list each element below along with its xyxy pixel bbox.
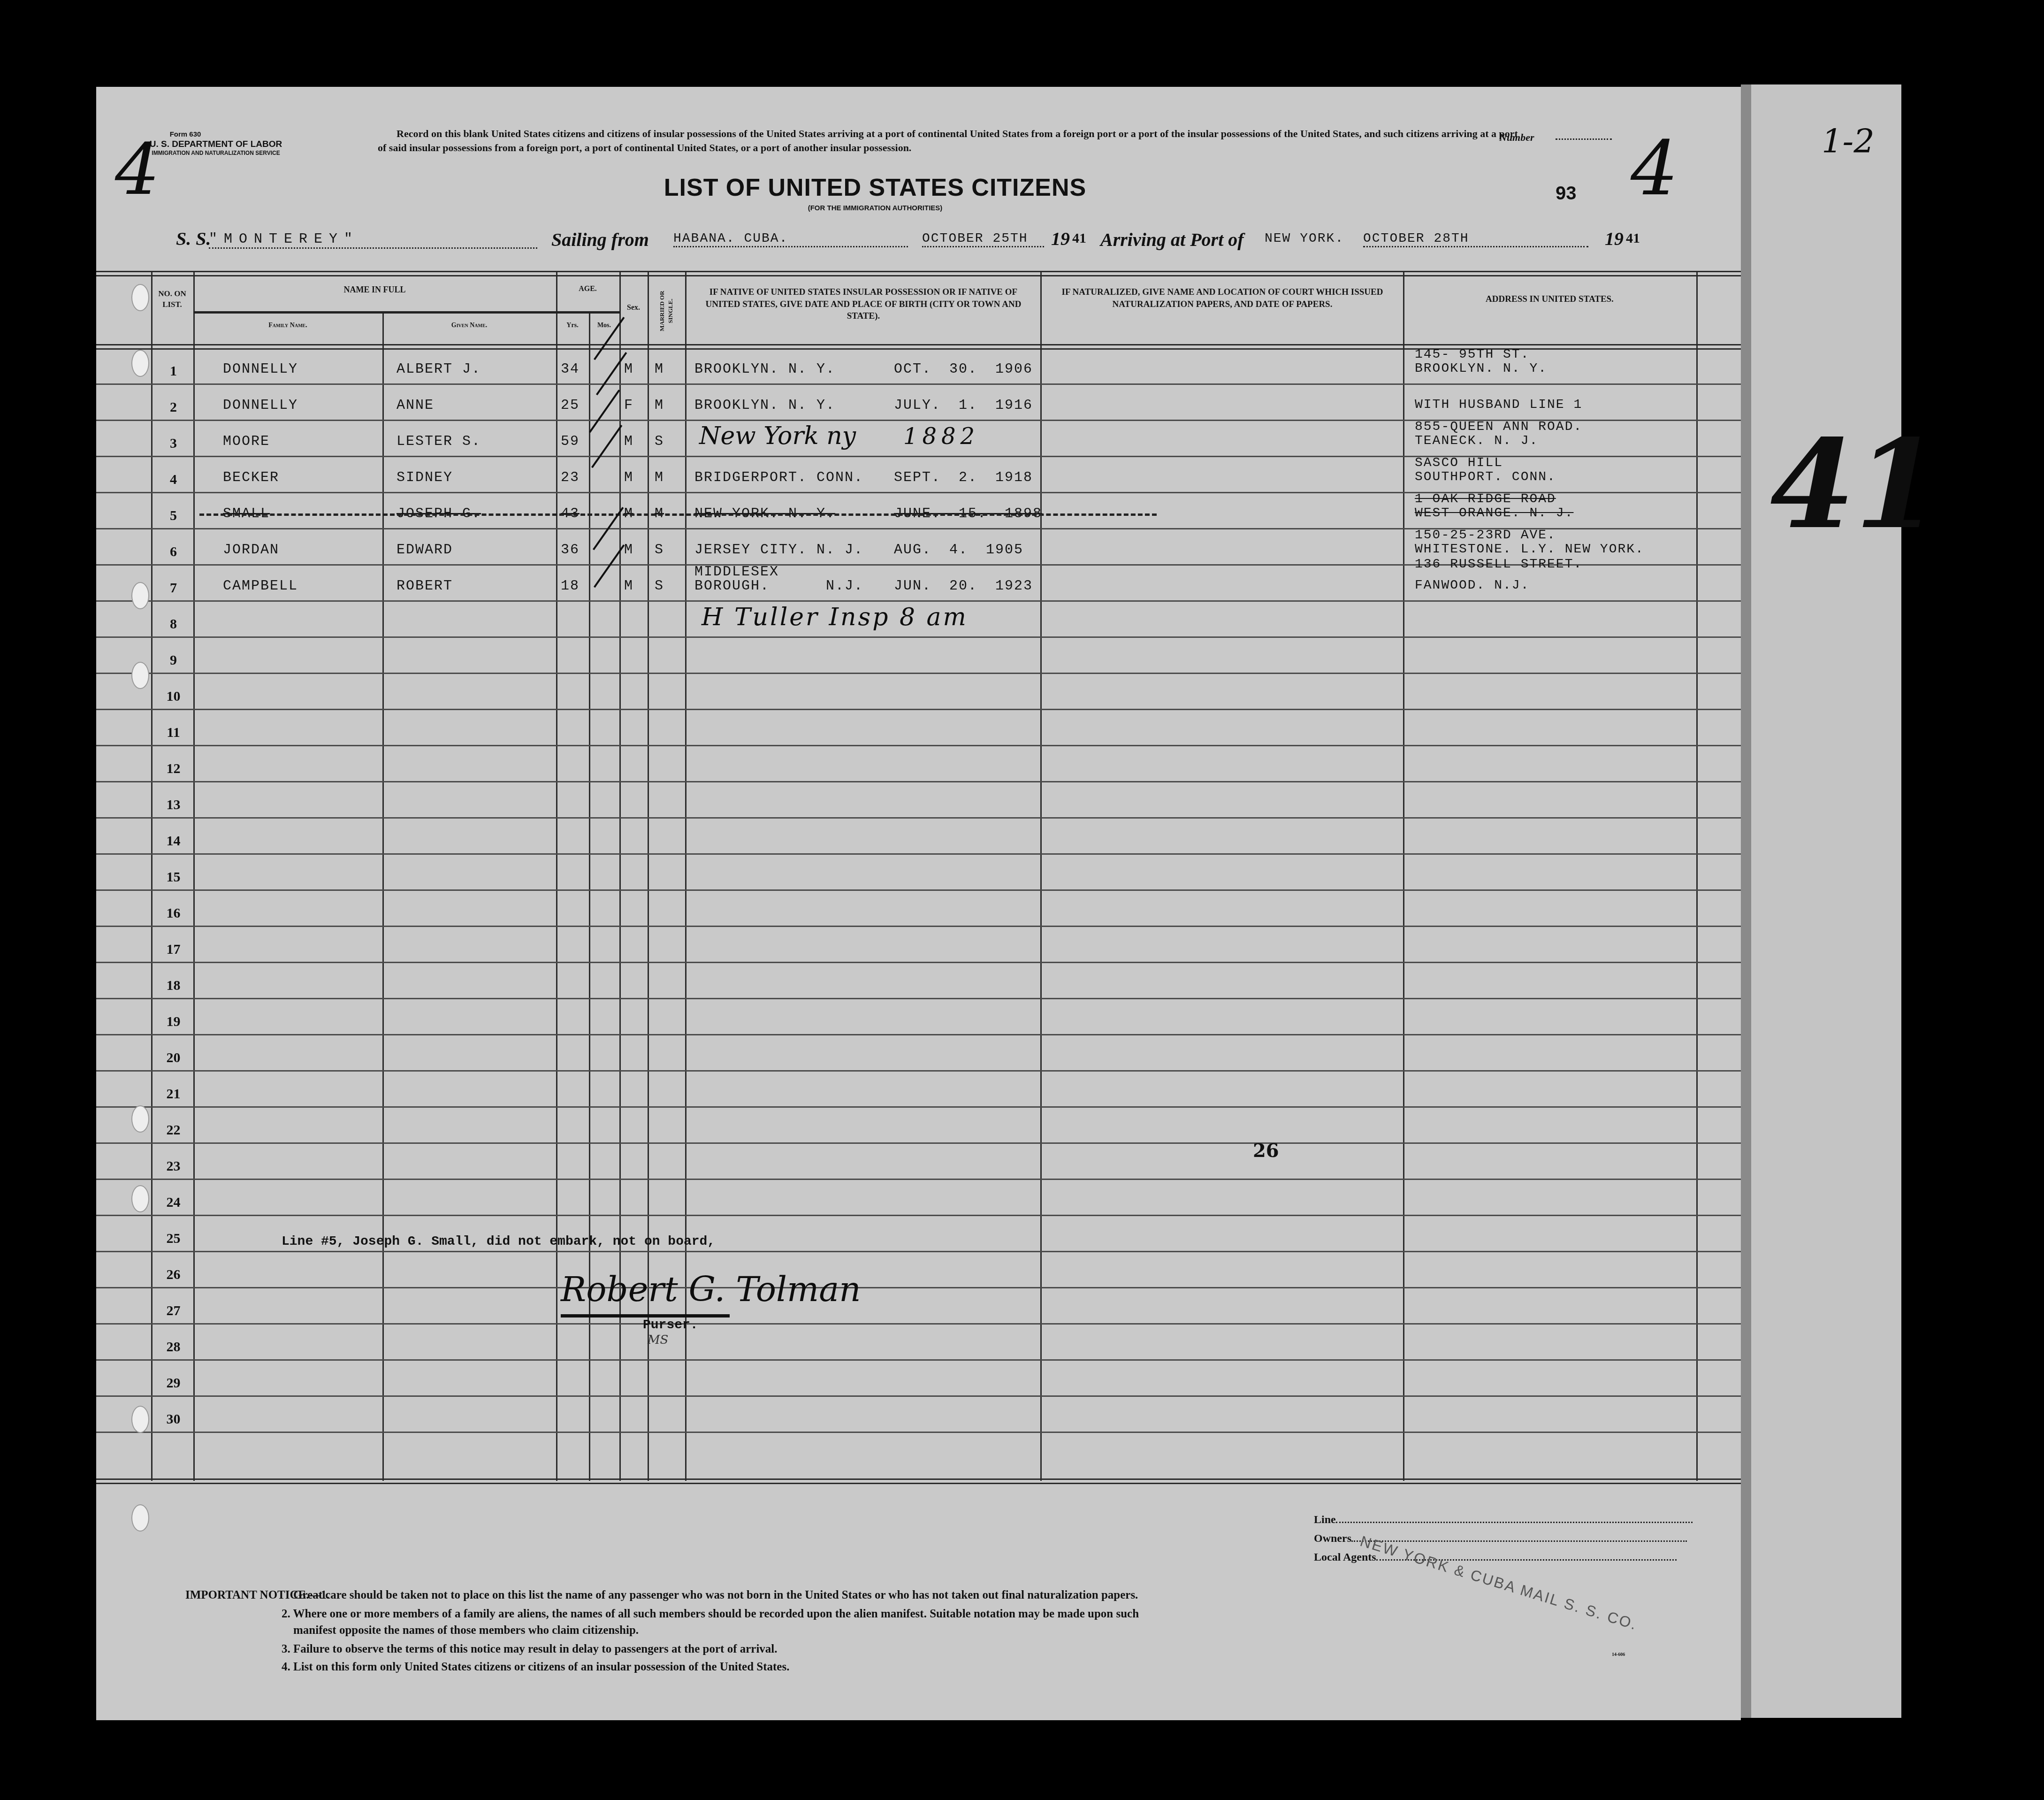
table-top-rule (96, 271, 1741, 276)
row-number: 11 (149, 725, 198, 741)
instructions: Record on this blank United States citiz… (378, 127, 1527, 154)
row-number: 10 (149, 689, 198, 705)
row-number: 27 (149, 1303, 198, 1319)
number-label: Number (1499, 131, 1534, 144)
passenger-row: MOORE LESTER S. 59 M S New York ny 1882 … (96, 420, 1741, 456)
birth-place: BROOKLYN. N. Y. (694, 398, 835, 414)
col-header-birth: IF NATIVE OF UNITED STATES INSULAR POSSE… (694, 286, 1032, 322)
purser-signature: Robert G. Tolman (561, 1270, 861, 1309)
address-line-1: 150-25-23RD AVE. (1415, 528, 1556, 543)
punch-hole (131, 662, 149, 689)
given-name: LESTER S. (397, 434, 481, 450)
marital: M (655, 398, 664, 414)
signature-underline (561, 1314, 730, 1317)
passenger-row: DONNELLY ALBERT J. 34 M M BROOKLYN. N. Y… (96, 347, 1741, 383)
given-name: ALBERT J. (397, 361, 481, 377)
sex: M (624, 542, 633, 558)
row-rule (96, 998, 1741, 999)
row-rule (96, 889, 1741, 891)
arrival-port: NEW YORK. (1265, 231, 1344, 246)
sex: F (624, 398, 633, 414)
row-rule (96, 636, 1741, 638)
marital: S (655, 542, 664, 558)
row-number: 9 (149, 652, 198, 668)
punch-hole (131, 284, 149, 311)
page-title: LIST OF UNITED STATES CITIZENS (641, 174, 1110, 202)
print-code: 14-606 (1612, 1652, 1625, 1657)
col-header-yrs: Yrs. (556, 322, 589, 330)
table-bottom-rule (96, 1478, 1741, 1484)
next-page-mark: 1-2 (1822, 122, 1875, 161)
given-name: EDWARD (397, 542, 453, 558)
marital: S (655, 578, 664, 594)
row-rule (96, 1432, 1741, 1433)
notice-1: Great care should be taken not to place … (293, 1589, 1701, 1602)
passenger-row-struck: SMALL JOSEPH G. 43 M M NEW YORK. N. Y. J… (96, 492, 1741, 528)
row-rule (96, 1070, 1741, 1072)
birth-date: JULY. 1. 1916 (894, 398, 1033, 414)
sex: M (624, 434, 633, 450)
row-rule (96, 1323, 1741, 1325)
stamp-number: 26 (1253, 1140, 1279, 1162)
row-rule (96, 1359, 1741, 1361)
address-line-1: SASCO HILL (1415, 456, 1503, 470)
birth-place: BOROUGH. N.J. (694, 578, 863, 594)
row-rule (96, 1179, 1741, 1180)
ss-label: S. S. (176, 228, 211, 250)
address-line-2: WHITESTONE. L.Y. NEW YORK. (1415, 542, 1644, 557)
address-line-1: 1 OAK RIDGE ROAD (1415, 492, 1556, 506)
notice-2-continued: manifest opposite the names of those mem… (293, 1624, 639, 1637)
line-label: Line (1314, 1514, 1336, 1526)
row-number: 18 (149, 978, 198, 994)
age: 18 (561, 578, 580, 594)
birth-date: OCT. 30. 1906 (894, 361, 1033, 377)
form-id-block: Form 630 (153, 130, 218, 139)
family-name: DONNELLY (223, 398, 298, 414)
birth-place: BRIDGERPORT. CONN. (694, 470, 863, 486)
name-age-subrule (193, 311, 620, 314)
row-rule (96, 1215, 1741, 1216)
col-header-age: AGE. (556, 284, 619, 294)
departure-date: OCTOBER 25TH (922, 231, 1044, 247)
col-header-name-in-full: NAME IN FULL (193, 284, 556, 295)
birth-place-line-1: MIDDLESEX (694, 564, 779, 580)
row-rule (96, 817, 1741, 819)
row-number: 24 (149, 1195, 198, 1210)
arrival-date: OCTOBER 28TH (1363, 231, 1588, 247)
address-line-1: 145- 95TH ST. (1415, 347, 1529, 362)
passenger-row: CAMPBELL ROBERT 18 M S MIDDLESEX BOROUGH… (96, 564, 1741, 600)
age: 36 (561, 542, 580, 558)
row-number: 25 (149, 1231, 198, 1247)
page-subtitle: (FOR THE IMMIGRATION AUTHORITIES) (641, 204, 1110, 212)
marital: M (655, 361, 664, 377)
marital: S (655, 434, 664, 450)
row-number: 22 (149, 1122, 198, 1138)
inspector-note: H Tuller Insp 8 am (702, 603, 968, 631)
birth-place: JERSEY CITY. N. J. (694, 542, 863, 558)
row-rule (96, 962, 1741, 963)
family-name: JORDAN (223, 542, 279, 558)
row-number: 13 (149, 797, 198, 813)
departure-year: 41 (1072, 230, 1086, 246)
age: 25 (561, 398, 580, 414)
birth-date: SEPT. 2. 1918 (894, 470, 1033, 486)
family-name: MOORE (223, 434, 270, 450)
department: U. S. DEPARTMENT OF LABOR (148, 139, 284, 150)
family-name: CAMPBELL (223, 578, 298, 594)
arrival-year: 41 (1626, 230, 1640, 246)
agency-block: U. S. DEPARTMENT OF LABOR IMMIGRATION AN… (148, 139, 284, 156)
sex: M (624, 361, 633, 377)
row-rule (96, 853, 1741, 855)
row-number: 28 (149, 1339, 198, 1355)
notice-3: 3. Failure to observe the terms of this … (282, 1643, 778, 1656)
address-line-2: BROOKLYN. N. Y. (1415, 361, 1547, 376)
row-rule (96, 745, 1741, 746)
punch-hole (131, 1406, 149, 1433)
owners-label: Owners (1314, 1532, 1351, 1545)
punch-hole (131, 1185, 149, 1212)
passenger-row: DONNELLY ANNE 25 F M BROOKLYN. N. Y. JUL… (96, 383, 1741, 420)
row-number: 15 (149, 869, 198, 885)
row-number: 19 (149, 1014, 198, 1030)
row-number: 30 (149, 1411, 198, 1427)
row-rule (96, 926, 1741, 927)
number-value: 4 (1631, 124, 1678, 212)
family-name: BECKER (223, 470, 279, 486)
sex: M (624, 578, 633, 594)
number-underline (1556, 138, 1612, 140)
row-rule (96, 1251, 1741, 1252)
local-agents-label: Local Agents (1314, 1551, 1376, 1563)
address-line-1: 855-QUEEN ANN ROAD. (1415, 420, 1582, 434)
row-number: 21 (149, 1086, 198, 1102)
departure-year-prefix: 19 (1051, 228, 1070, 250)
embark-note: Line #5, Joseph G. Small, did not embark… (282, 1234, 715, 1249)
birth-year-handwritten: 1882 (903, 423, 979, 450)
address-line-2: WEST ORANGE. N. J. (1415, 506, 1573, 521)
address-line-2: TEANECK. N. J. (1415, 434, 1538, 448)
row-rule (96, 673, 1741, 674)
form-number: Form 630 (153, 130, 218, 139)
birth-date: JUN. 20. 1923 (894, 578, 1033, 594)
row-number: 23 (149, 1158, 198, 1174)
manifest-page: 4 Form 630 U. S. DEPARTMENT OF LABOR IMM… (96, 87, 1741, 1720)
marital: M (655, 470, 664, 486)
punch-hole (131, 1105, 149, 1133)
row-number: 16 (149, 905, 198, 921)
row-number: 12 (149, 761, 198, 777)
strike-through-line (199, 513, 1157, 516)
notice-4: 4. List on this form only United States … (282, 1661, 789, 1674)
address-line-2: WITH HUSBAND LINE 1 (1415, 398, 1582, 412)
row-rule (96, 1106, 1741, 1108)
row-number: 8 (149, 616, 198, 632)
signature-initials: MS (648, 1333, 668, 1347)
birth-date: AUG. 4. 1905 (894, 542, 1023, 558)
row-number: 29 (149, 1375, 198, 1391)
col-header-family: Family Name. (193, 322, 382, 330)
address-line-2: FANWOOD. N.J. (1415, 578, 1529, 593)
col-header-marital: Married or Single. (658, 283, 674, 339)
notice-2: 2. Where one or more members of a family… (282, 1608, 1713, 1621)
row-rule (96, 1395, 1741, 1397)
row-number: 26 (149, 1267, 198, 1283)
passenger-row: BECKER SIDNEY 23 M M BRIDGERPORT. CONN. … (96, 456, 1741, 492)
row-number: 17 (149, 942, 198, 957)
page-number: 93 (1556, 183, 1577, 204)
signature-title: Purser. (643, 1318, 698, 1333)
age: 34 (561, 361, 580, 377)
service: IMMIGRATION AND NATURALIZATION SERVICE (148, 150, 284, 156)
row-rule (96, 1034, 1741, 1035)
given-name: ROBERT (397, 578, 453, 594)
next-page-edge: 1-2 41 (1741, 84, 1901, 1718)
address-line-1: 136 RUSSELL STREET. (1415, 557, 1582, 572)
row-rule (96, 709, 1741, 710)
row-rule (96, 1142, 1741, 1144)
age: 59 (561, 434, 580, 450)
given-name: ANNE (397, 398, 434, 414)
birth-place: BROOKLYN. N. Y. (694, 361, 835, 377)
col-header-naturalized: IF NATURALIZED, GIVE NAME AND LOCATION O… (1049, 286, 1396, 310)
col-header-address: ADDRESS IN UNITED STATES. (1403, 293, 1696, 306)
punch-hole (131, 1504, 149, 1532)
col-header-sex: Sex. (619, 303, 648, 313)
family-name: DONNELLY (223, 361, 298, 377)
col-header-no: No. on List. (151, 289, 193, 310)
row-rule (96, 1287, 1741, 1288)
address-line-2: SOUTHPORT. CONN. (1415, 470, 1556, 484)
ship-name: "MONTEREY" (209, 231, 537, 249)
col-header-given: Given Name. (382, 322, 556, 330)
row-rule (96, 781, 1741, 782)
voyage-line: S. S. "MONTEREY" Sailing from HABANA. CU… (176, 228, 1734, 256)
departure-port: HABANA. CUBA. (673, 231, 908, 247)
age: 23 (561, 470, 580, 486)
sailing-label: Sailing from (551, 229, 649, 251)
arrival-year-prefix: 19 (1605, 228, 1624, 250)
margin-mark-right: 41 (1770, 413, 1940, 556)
birth-place-handwritten: New York ny (699, 422, 856, 450)
sex: M (624, 470, 633, 486)
row-rule (96, 600, 1741, 602)
row-number: 14 (149, 833, 198, 849)
arriving-label: Arriving at Port of (1100, 229, 1244, 251)
given-name: SIDNEY (397, 470, 453, 486)
row-number: 20 (149, 1050, 198, 1066)
